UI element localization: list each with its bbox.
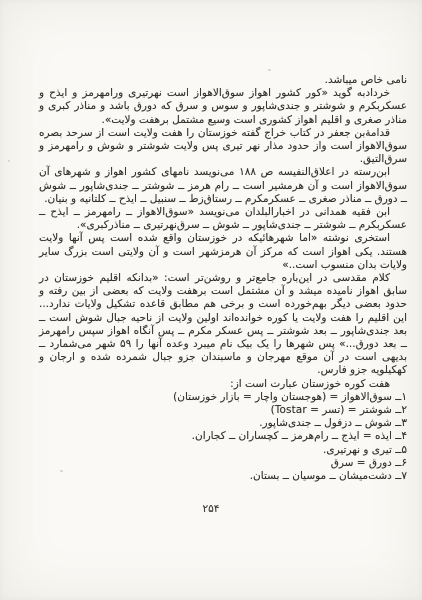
list-item: ۷ــ دشت‌میشان ــ موسیان ــ بستان. — [104, 470, 407, 483]
list-item: ۶ــ دورق = سرق — [104, 457, 407, 470]
list-item: ۵ــ تیری و نهرتیری. — [104, 444, 407, 457]
list-item: ۳ــ شوش ــ دزفول ــ جندی‌شاپور. — [104, 417, 407, 430]
scan-speck — [268, 69, 271, 71]
continuation-line: نامی خاص میباشد. — [39, 74, 407, 87]
paragraph-khordadbeh: خردادبه گوید «کور کشور اهواز سوق‌الاهواز… — [39, 87, 407, 127]
list-item: ۱ــ سوق‌الاهواز = (هوجستان واچار = بازار… — [104, 391, 407, 404]
scan-speck — [8, 160, 10, 162]
page-number: ۲۵۴ — [0, 503, 422, 515]
paragraph-qodama: قدامةبن جعفر در کتاب خراج گفته خوزستان ر… — [39, 127, 407, 167]
paragraph-ibn-rosteh: ابن‌رسته در اعلاق‌النفیسه ص ۱۸۸ می‌نویسد… — [39, 166, 407, 206]
list-intro: هفت کوره خوزستان عبارت است از: — [104, 378, 407, 391]
paragraph-estakhri: استخری نوشته «اما شهرهائیکه در خوزستان و… — [39, 232, 407, 272]
list-item: ۲ــ شوشتر = (تسر = Tostar) — [104, 404, 407, 417]
body-text: نامی خاص میباشد. خردادبه گوید «کور کشور … — [39, 74, 407, 483]
list-item: ۴ــ ایذه = ایذج ــ رام‌هرمز ــ کچساران ـ… — [104, 430, 407, 443]
paragraph-ibn-faqih: ابن فقیه همدانی در اخبارالبلدان می‌نویسد… — [39, 206, 407, 232]
paragraph-moqaddasi: کلام مقدسی در این‌باره جامع‌تر و روشن‌تر… — [39, 272, 407, 378]
seven-districts-list: هفت کوره خوزستان عبارت است از: ۱ــ سوق‌ا… — [90, 378, 407, 484]
scanned-book-page: نامی خاص میباشد. خردادبه گوید «کور کشور … — [0, 0, 422, 600]
